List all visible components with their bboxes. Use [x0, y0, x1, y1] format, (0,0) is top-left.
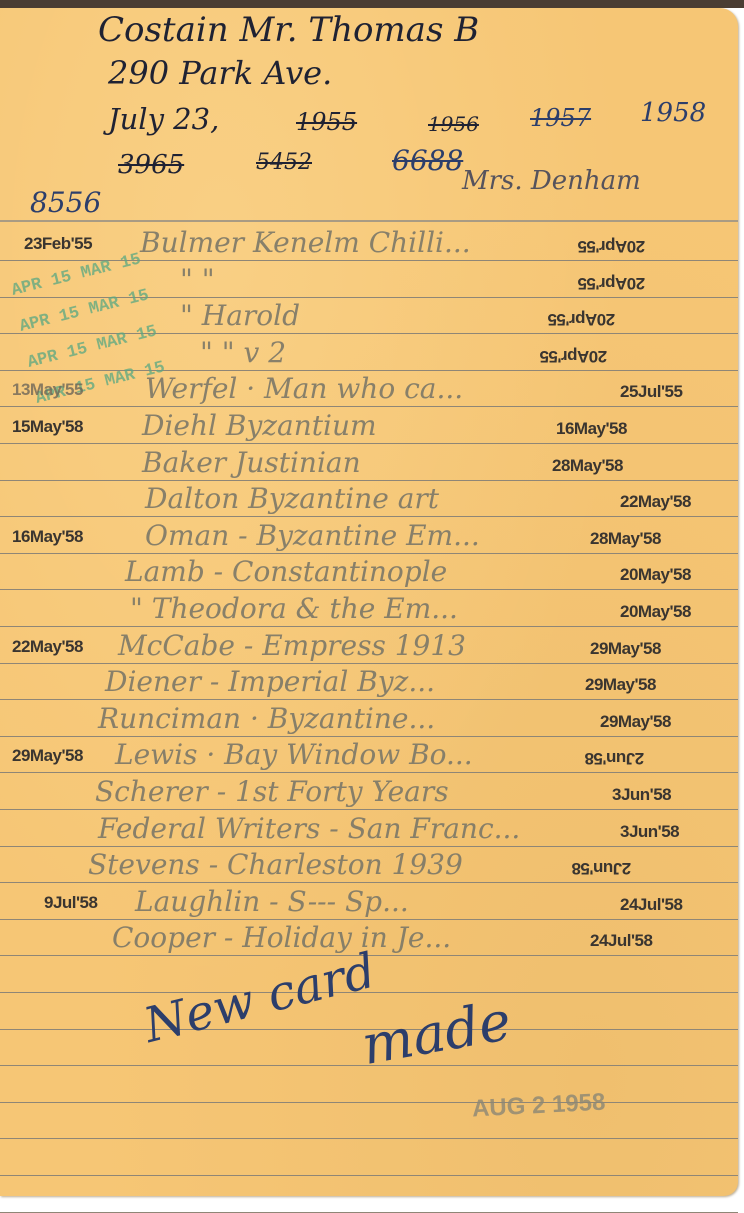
- book-title: Lamb - Constantinople: [125, 555, 447, 588]
- year-struck-3: 1957: [530, 104, 591, 132]
- book-title: " Theodora & the Em...: [130, 592, 458, 625]
- return-date-stamp: 29May'58: [590, 639, 661, 659]
- return-date-stamp: 2Jun'58: [585, 748, 644, 768]
- card-number-struck-2: 5452: [256, 150, 312, 175]
- ruled-line: [0, 1175, 738, 1176]
- year-current: 1958: [640, 98, 706, 128]
- return-date-stamp: 3Jun'58: [620, 822, 679, 842]
- ruled-line: [0, 1138, 738, 1139]
- card-number-struck-1: 3965: [118, 150, 184, 180]
- book-title: " ": [180, 263, 215, 296]
- return-date-stamp: 20Apr'55: [578, 273, 645, 293]
- return-date-stamp: 28May'58: [552, 456, 623, 476]
- return-date-stamp: 16May'58: [556, 419, 627, 439]
- return-date-stamp: 25Jul'55: [620, 382, 682, 402]
- ruled-line: [0, 443, 738, 444]
- book-title: Runciman · Byzantine...: [98, 702, 435, 735]
- ruled-line: [0, 809, 738, 810]
- return-date-stamp: 20Apr'55: [540, 346, 607, 366]
- book-title: Cooper - Holiday in Je...: [112, 921, 451, 954]
- ruled-line: [0, 699, 738, 700]
- book-title: Werfel · Man who ca...: [145, 372, 463, 405]
- book-title: McCabe - Empress 1913: [118, 629, 466, 662]
- staff-note: Mrs. Denham: [462, 166, 641, 196]
- background-edge: [0, 0, 744, 8]
- year-struck-1: 1955: [296, 108, 357, 136]
- ruled-line: [0, 626, 738, 627]
- return-date-stamp: 29May'58: [600, 712, 671, 732]
- issue-date-stamp: 9Jul'58: [44, 893, 97, 913]
- book-title: " Harold: [180, 299, 300, 332]
- book-title: " " v 2: [200, 336, 286, 369]
- book-title: Dalton Byzantine art: [145, 482, 439, 515]
- ruled-line: [0, 663, 738, 664]
- date-prefix: July 23,: [108, 102, 219, 136]
- book-title: Oman - Byzantine Em...: [145, 519, 480, 552]
- card-number-struck-3: 6688: [392, 144, 463, 177]
- issue-date-stamp: 16May'58: [12, 527, 83, 547]
- return-date-stamp: 28May'58: [590, 529, 661, 549]
- return-date-stamp: 20Apr'55: [578, 236, 645, 256]
- return-date-stamp: 29May'58: [585, 675, 656, 695]
- ruled-line: [0, 406, 738, 407]
- ruled-line: [0, 516, 738, 517]
- book-title: Diehl Byzantium: [142, 409, 377, 442]
- book-title: Federal Writers - San Franc...: [98, 812, 520, 845]
- ruled-line: [0, 589, 738, 590]
- return-date-stamp: 20May'58: [620, 565, 691, 585]
- library-borrower-card: Costain Mr. Thomas B 290 Park Ave. July …: [0, 8, 738, 1196]
- issue-date-stamp: 29May'58: [12, 746, 83, 766]
- issue-date-stamp: 22May'58: [12, 637, 83, 657]
- year-struck-2: 1956: [428, 112, 479, 136]
- footer-note-line1: New card: [138, 943, 380, 1054]
- borrower-address: 290 Park Ave.: [108, 54, 332, 92]
- book-title: Diener - Imperial Byz...: [105, 665, 435, 698]
- ruled-line: [0, 480, 738, 481]
- book-title: Stevens - Charleston 1939: [88, 848, 463, 881]
- receipt-date-stamp: AUG 2 1958: [471, 1089, 606, 1124]
- ruled-line: [0, 553, 738, 554]
- book-title: Bulmer Kenelm Chilli...: [140, 226, 471, 259]
- return-date-stamp: 24Jul'58: [620, 895, 682, 915]
- book-title: Scherer - 1st Forty Years: [95, 775, 449, 808]
- footer-note-line2: made: [357, 989, 516, 1077]
- issue-date-stamp: 23Feb'55: [24, 234, 92, 254]
- borrower-name: Costain Mr. Thomas B: [98, 10, 479, 50]
- book-title: Lewis · Bay Window Bo...: [115, 738, 473, 771]
- book-title: Laughlin - S--- Sp...: [135, 885, 409, 918]
- ruled-line: [0, 882, 738, 883]
- ruled-line: [0, 736, 738, 737]
- ruled-line: [0, 919, 738, 920]
- return-date-stamp: 2Jun'58: [572, 858, 631, 878]
- card-number-current: 8556: [30, 186, 101, 219]
- header-divider: [0, 220, 738, 222]
- return-date-stamp: 20Apr'55: [548, 309, 615, 329]
- ruled-line: [0, 1102, 738, 1103]
- book-title: Baker Justinian: [142, 446, 361, 479]
- return-date-stamp: 3Jun'58: [612, 785, 671, 805]
- return-date-stamp: 22May'58: [620, 492, 691, 512]
- return-date-stamp: 20May'58: [620, 602, 691, 622]
- issue-date-stamp: 15May'58: [12, 417, 83, 437]
- ruled-line: [0, 772, 738, 773]
- issue-date-stamp: 13May'55: [12, 380, 83, 400]
- ruled-line: [0, 846, 738, 847]
- return-date-stamp: 24Jul'58: [590, 931, 652, 951]
